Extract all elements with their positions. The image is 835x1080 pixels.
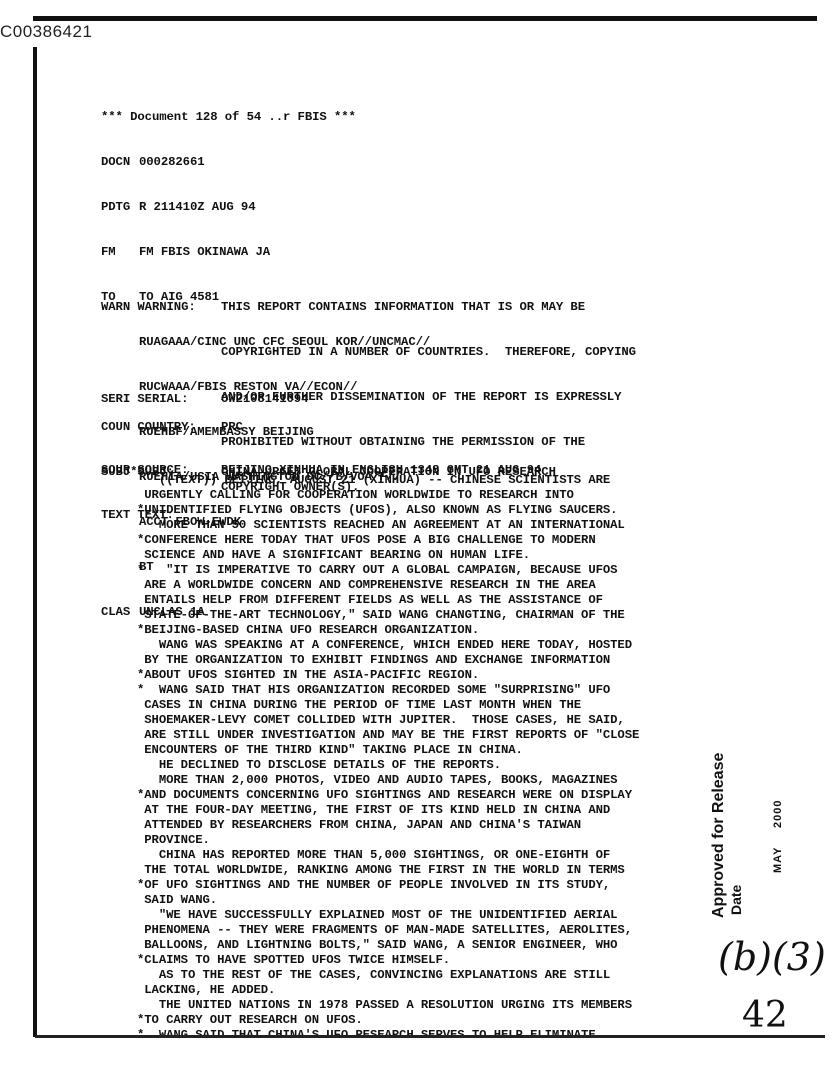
- article-line: ((TEXT)) BEIJING, AUGUST 21 (XINHUA) -- …: [137, 473, 639, 488]
- article-line: AT THE FOUR-DAY MEETING, THE FIRST OF IT…: [137, 803, 639, 818]
- article-line: "WE HAVE SUCCESSFULLY EXPLAINED MOST OF …: [137, 908, 639, 923]
- article-line: SHOEMAKER-LEVY COMET COLLIDED WITH JUPIT…: [137, 713, 639, 728]
- article-line: AS TO THE REST OF THE CASES, CONVINCING …: [137, 968, 639, 983]
- field-docn: DOCN000282661: [101, 155, 430, 170]
- document-id: C00386421: [0, 22, 92, 42]
- article-line: * WANG SAID THAT HIS ORGANIZATION RECORD…: [137, 683, 639, 698]
- release-stamp-month: MAY: [772, 847, 784, 873]
- handwritten-page-number: 42: [742, 995, 788, 1036]
- header-line: *** Document 128 of 54 ..r FBIS ***: [101, 110, 430, 125]
- field-fm: FMFM FBIS OKINAWA JA: [101, 245, 430, 260]
- article-line: STATE-OF-THE-ART TECHNOLOGY," SAID WANG …: [137, 608, 639, 623]
- article-line: URGENTLY CALLING FOR COOPERATION WORLDWI…: [137, 488, 639, 503]
- article-line: ENTAILS HELP FROM DIFFERENT FIELDS AS WE…: [137, 593, 639, 608]
- article-line: MORE THAN 2,000 PHOTOS, VIDEO AND AUDIO …: [137, 773, 639, 788]
- article-line: BY THE ORGANIZATION TO EXHIBIT FINDINGS …: [137, 653, 639, 668]
- left-margin-bar: [33, 47, 37, 1037]
- article-line: CHINA HAS REPORTED MORE THAN 5,000 SIGHT…: [137, 848, 639, 863]
- warning-line: COPYRIGHTED IN A NUMBER OF COUNTRIES. TH…: [221, 345, 636, 359]
- article-line: SAID WANG.: [137, 893, 639, 908]
- release-stamp-approved: Approved for Release: [710, 753, 728, 918]
- article-line: BALLOONS, AND LIGHTNING BOLTS," SAID WAN…: [137, 938, 639, 953]
- bottom-rule: [35, 1035, 825, 1038]
- handwritten-exemption: (b)(3): [718, 935, 826, 979]
- article-line: ARE A WORLDWIDE CONCERN AND COMPREHENSIV…: [137, 578, 639, 593]
- article-line: CASES IN CHINA DURING THE PERIOD OF TIME…: [137, 698, 639, 713]
- article-line: *CLAIMS TO HAVE SPOTTED UFOS TWICE HIMSE…: [137, 953, 639, 968]
- article-line: THE TOTAL WORLDWIDE, RANKING AMONG THE F…: [137, 863, 639, 878]
- warning-label: WARN WARNING:: [101, 300, 221, 315]
- article-line: *BEIJING-BASED CHINA UFO RESEARCH ORGANI…: [137, 623, 639, 638]
- warning-line: THIS REPORT CONTAINS INFORMATION THAT IS…: [221, 300, 585, 314]
- release-stamp-date-label: Date: [728, 885, 744, 915]
- article-line: *AND DOCUMENTS CONCERNING UFO SIGHTINGS …: [137, 788, 639, 803]
- article-line: * "IT IS IMPERATIVE TO CARRY OUT A GLOBA…: [137, 563, 639, 578]
- article-line: THE UNITED NATIONS IN 1978 PASSED A RESO…: [137, 998, 639, 1013]
- article-line: SCIENCE AND HAVE A SIGNIFICANT BEARING O…: [137, 548, 639, 563]
- article-line: *CONFERENCE HERE TODAY THAT UFOS POSE A …: [137, 533, 639, 548]
- article-line: MORE THAN 50 SCIENTISTS REACHED AN AGREE…: [137, 518, 639, 533]
- field-pdtg: PDTGR 211410Z AUG 94: [101, 200, 430, 215]
- article-line: WANG WAS SPEAKING AT A CONFERENCE, WHICH…: [137, 638, 639, 653]
- article-line: ARE STILL UNDER INVESTIGATION AND MAY BE…: [137, 728, 639, 743]
- article-line: LACKING, HE ADDED.: [137, 983, 639, 998]
- article-body: ((TEXT)) BEIJING, AUGUST 21 (XINHUA) -- …: [137, 473, 639, 1043]
- release-stamp-year: 2000: [772, 800, 784, 828]
- article-line: PROVINCE.: [137, 833, 639, 848]
- article-line: HE DECLINED TO DISCLOSE DETAILS OF THE R…: [137, 758, 639, 773]
- article-line: *ABOUT UFOS SIGHTED IN THE ASIA-PACIFIC …: [137, 668, 639, 683]
- article-line: ENCOUNTERS OF THE THIRD KIND" TAKING PLA…: [137, 743, 639, 758]
- top-rule: [33, 16, 817, 21]
- article-line: *OF UFO SIGHTINGS AND THE NUMBER OF PEOP…: [137, 878, 639, 893]
- article-line: PHENOMENA -- THEY WERE FRAGMENTS OF MAN-…: [137, 923, 639, 938]
- article-line: *UNIDENTIFIED FLYING OBJECTS (UFOS), ALS…: [137, 503, 639, 518]
- article-line: ATTENDED BY RESEARCHERS FROM CHINA, JAPA…: [137, 818, 639, 833]
- article-line: *TO CARRY OUT RESEARCH ON UFOS.: [137, 1013, 639, 1028]
